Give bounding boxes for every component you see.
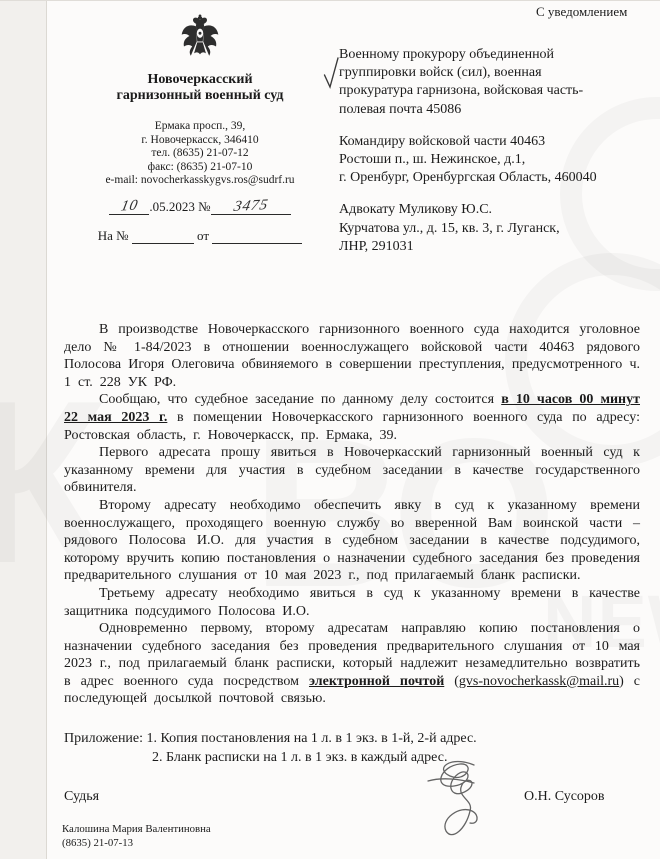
attachments-block: Приложение: 1. Копия постановления на 1 … (64, 730, 640, 767)
body-text-segment: Сообщаю, что судебное заседание по данно… (99, 392, 501, 407)
court-name-line2: гарнизонный военный суд (85, 88, 315, 104)
recipients-block: Военному прокурору объединенной группиро… (339, 46, 647, 270)
court-name: Новочеркасский гарнизонный военный суд (85, 72, 315, 104)
attachment-item: 2. Бланк расписки на 1 л. в 1 экз. в каж… (152, 750, 447, 765)
recipient-line: Командиру войсковой части 40463 (339, 134, 545, 149)
attachment-line-2: 2. Бланк расписки на 1 л. в 1 экз. в каж… (152, 749, 640, 768)
paragraph-hearing-date: Сообщаю, что судебное заседание по данно… (64, 391, 640, 444)
executor-phone: (8635) 21-07-13 (62, 837, 211, 851)
executor-footer: Калошина Мария Валентиновна (8635) 21-07… (62, 823, 211, 850)
paragraph-return-instructions: Одновременно первому, второму адресатам … (64, 620, 640, 708)
coat-of-arms-icon (177, 14, 223, 58)
recipient-line: полевая почта 45086 (339, 102, 461, 117)
recipient-unit-commander: Командиру войсковой части 40463 Ростоши … (339, 133, 647, 188)
date-label: .05.2023 № (149, 199, 210, 214)
court-phone: тел. (8635) 21-07-12 (85, 147, 315, 161)
paragraph-second-addressee: Второму адресату необходимо обеспечить я… (64, 497, 640, 585)
reference-line: На № от (85, 227, 315, 244)
reply-date-blank (212, 227, 302, 244)
recipient-line: прокуратура гарнизона, войсковая часть- (339, 83, 583, 98)
date-day-blank: 10 (109, 198, 149, 215)
attachments-label: Приложение: (64, 731, 143, 746)
recipient-line: г. Оренбург, Оренбургская Область, 46004… (339, 170, 597, 185)
email-emphasis: электронной почтой (309, 674, 444, 689)
court-name-line1: Новочеркасский (85, 72, 315, 88)
reply-from-label: от (197, 228, 209, 243)
recipient-line: Ростоши п., ш. Нежинское, д.1, (339, 152, 525, 167)
recipient-advocate: Адвокату Муликову Ю.С. Курчатова ул., д.… (339, 201, 647, 256)
checkmark-icon (322, 56, 340, 90)
signature-icon (416, 753, 508, 845)
recipient-line: Военному прокурору объединенной (339, 47, 554, 62)
letter-body: В производстве Новочеркасского гарнизонн… (64, 321, 640, 708)
court-address-street: Ермака просп., 39, (85, 120, 315, 134)
attachment-item: 1. Копия постановления на 1 л. в 1 экз. … (147, 731, 477, 746)
scanned-letter-page: К ВО NEW С уведомлением Новочеркасский г… (0, 0, 660, 859)
court-address-city: г. Новочеркасск, 346410 (85, 134, 315, 148)
signer-name: О.Н. Сусоров (524, 789, 605, 805)
paragraph-third-addressee: Третьему адресату необходимо явиться в с… (64, 585, 640, 620)
body-text-segment: ( (444, 674, 459, 689)
letterhead: Новочеркасский гарнизонный военный суд Е… (85, 14, 315, 244)
signer-title: Судья (64, 789, 99, 805)
handwritten-number: 3475 (232, 197, 270, 216)
attachment-line-1: Приложение: 1. Копия постановления на 1 … (64, 730, 640, 749)
reply-number-blank (132, 227, 194, 244)
outgoing-date-line: 10.05.2023 №3475 (85, 198, 315, 215)
scan-left-margin (0, 1, 47, 859)
court-email: e-mail: novocherkasskygvs.ros@sudrf.ru (85, 174, 315, 188)
court-fax: факс: (8635) 21-07-10 (85, 161, 315, 175)
delivery-notice: С уведомлением (536, 4, 627, 20)
paragraph-first-addressee: Первого адресата прошу явиться в Новочер… (64, 444, 640, 497)
court-return-email: gvs-novocherkassk@mail.ru (459, 674, 619, 689)
outgoing-number-blank: 3475 (211, 198, 291, 215)
recipient-line: Курчатова ул., д. 15, кв. 3, г. Луганск, (339, 221, 560, 236)
reply-prefix: На № (98, 228, 129, 243)
court-address: Ермака просп., 39, г. Новочеркасск, 3464… (85, 120, 315, 188)
executor-name: Калошина Мария Валентиновна (62, 823, 211, 837)
paragraph-case-info: В производстве Новочеркасского гарнизонн… (64, 321, 640, 391)
recipient-line: группировки войск (сил), военная (339, 65, 542, 80)
handwritten-day: 10 (119, 198, 140, 216)
recipient-military-prosecutor: Военному прокурору объединенной группиро… (339, 46, 647, 119)
recipient-line: ЛНР, 291031 (339, 239, 414, 254)
recipient-line: Адвокату Муликову Ю.С. (339, 202, 492, 217)
